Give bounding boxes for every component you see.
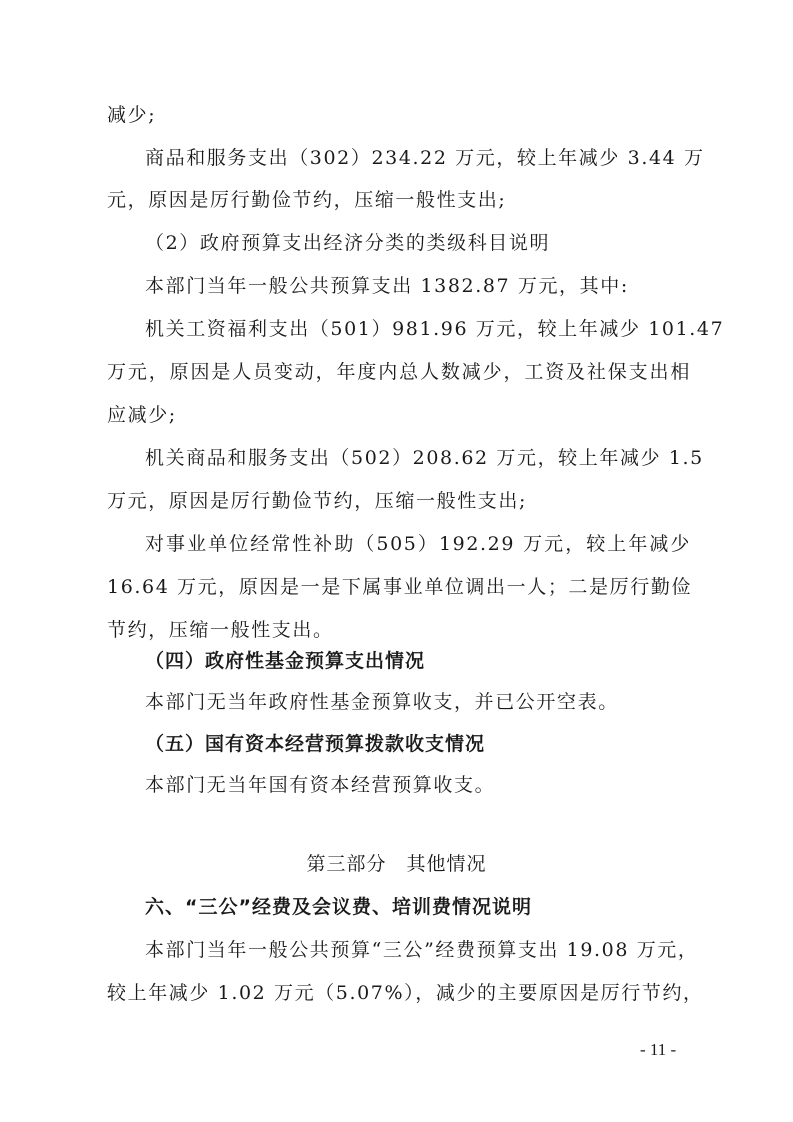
part-title: 第三部分 其他情况 <box>0 852 793 876</box>
subsection-heading: （2）政府预算支出经济分类的类级科目说明 <box>145 231 691 255</box>
section-heading-4: （四）政府性基金预算支出情况 <box>145 649 691 673</box>
page-number: - 11 - <box>640 1040 676 1060</box>
text-line: 较上年减少 1.02 万元（5.07%），减少的主要原因是厉行节约， <box>107 981 691 1005</box>
text-line: 应减少; <box>107 403 691 427</box>
text-line: 机关工资福利支出（501）981.96 万元，较上年减少 101.47 <box>145 317 691 341</box>
text-line: 商品和服务支出（302）234.22 万元，较上年减少 3.44 万 <box>145 146 691 170</box>
text-line: 减少; <box>107 103 691 127</box>
text-line: 节约，压缩一般性支出。 <box>107 618 691 642</box>
text-line: 万元，原因是厉行勤俭节约，压缩一般性支出; <box>107 489 691 513</box>
text-line: 16.64 万元，原因是一是下属事业单位调出一人；二是厉行勤俭 <box>107 575 691 599</box>
text-line: 本部门当年一般公共预算“三公”经费预算支出 19.08 万元， <box>145 938 691 962</box>
text-line: 对事业单位经常性补助（505）192.29 万元，较上年减少 <box>145 532 691 556</box>
text-line: 万元，原因是人员变动，年度内总人数减少，工资及社保支出相 <box>107 360 691 384</box>
text-line: 元，原因是厉行勤俭节约，压缩一般性支出; <box>107 188 691 212</box>
section-heading-6: 六、“三公”经费及会议费、培训费情况说明 <box>145 895 691 919</box>
text-line: 本部门无当年国有资本经营预算收支。 <box>145 773 691 797</box>
section-heading-5: （五）国有资本经营预算拨款收支情况 <box>145 732 691 756</box>
text-line: 本部门无当年政府性基金预算收支，并已公开空表。 <box>145 690 691 714</box>
text-line: 本部门当年一般公共预算支出 1382.87 万元，其中: <box>145 274 691 298</box>
text-line: 机关商品和服务支出（502）208.62 万元，较上年减少 1.5 <box>145 446 691 470</box>
